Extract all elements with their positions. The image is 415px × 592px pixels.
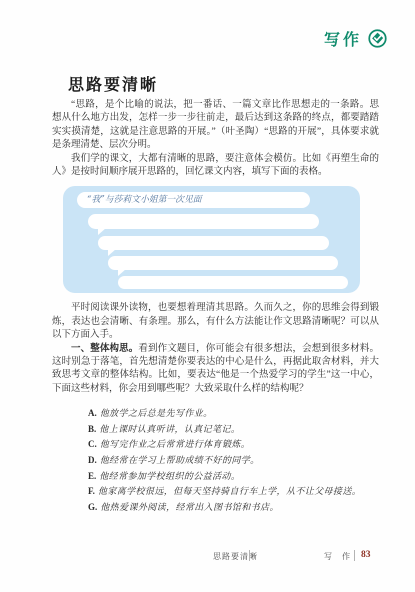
writing-unit-icon bbox=[368, 29, 387, 48]
paragraph-reading-practice: 平时阅读课外读物，也要想着理清其思路。久而久之，你的思维会得到锻炼，表达也会清晰… bbox=[52, 302, 379, 342]
material-list: A.他放学之后总是先写作业。 B.他上课时认真听讲，认真记笔记。 C.他写完作业… bbox=[88, 406, 379, 515]
item-label: B. bbox=[88, 424, 96, 434]
item-text: 他经常参加学校组织的公益活动。 bbox=[99, 472, 240, 482]
item-text: 他写完作业之后常常进行体育锻炼。 bbox=[100, 440, 250, 450]
list-item: B.他上课时认真听讲，认真记笔记。 bbox=[88, 422, 379, 438]
list-item: F.他家离学校很远，但每天坚持骑自行车上学，从不让父母接送。 bbox=[88, 484, 379, 500]
unit-badge: 写作 bbox=[324, 27, 387, 50]
item-label: G. bbox=[88, 502, 97, 512]
unit-label: 写作 bbox=[324, 27, 362, 50]
paragraph-section-one: 一、整体构思。看到作文题目，你可能会有很多想法，会想到很多材料。这时别急于落笔，… bbox=[52, 343, 379, 397]
footer-divider bbox=[249, 550, 250, 561]
footer-divider bbox=[354, 550, 355, 561]
list-item: D.他经常在学习上帮助成绩不好的同学。 bbox=[88, 453, 379, 469]
item-text: 他放学之后总是先写作业。 bbox=[100, 409, 213, 419]
item-text: 他经常在学习上帮助成绩不好的同学。 bbox=[100, 456, 260, 466]
page-number: 83 bbox=[361, 550, 371, 560]
list-item: C.他写完作业之后常常进行体育锻炼。 bbox=[88, 437, 379, 453]
item-text: 他家离学校很远，但每天坚持骑自行车上学，从不让父母接送。 bbox=[98, 487, 361, 497]
empty-answer-bubble bbox=[118, 276, 348, 289]
empty-answer-bubble bbox=[98, 236, 329, 250]
chat-diagram-panel: “我”与莎莉文小姐第一次见面 bbox=[63, 186, 360, 293]
footer-lesson-title: 思路要清晰 bbox=[213, 551, 258, 562]
item-text: 他上课时认真听讲，认真记笔记。 bbox=[99, 425, 240, 435]
list-item: G.他热爱课外阅读，经常出入图书馆和书店。 bbox=[88, 500, 379, 516]
footer-unit-label: 写 作 bbox=[324, 551, 354, 562]
item-label: E. bbox=[88, 471, 96, 481]
section-one-heading: 一、整体构思。 bbox=[71, 344, 138, 354]
page-footer: 思路要清晰 写 作 83 bbox=[0, 551, 415, 565]
empty-answer-bubble bbox=[108, 256, 338, 270]
item-label: C. bbox=[88, 439, 97, 449]
item-label: F. bbox=[88, 486, 95, 496]
empty-answer-bubble bbox=[88, 214, 319, 229]
page-title: 思路要清晰 bbox=[68, 72, 158, 95]
list-item: E.他经常参加学校组织的公益活动。 bbox=[88, 469, 379, 485]
paragraph-course-example: 我们学的课文，大都有清晰的思路，要注意体会模仿。比如《再塑生命的人》是按时间顺序… bbox=[52, 153, 379, 180]
paragraph-quote-yeshengtao: “思路，是个比喻的说法，把一番话、一篇文章比作思想走的一条路。思想从什么地方出发… bbox=[52, 99, 379, 153]
diagram-title-bubble: “我”与莎莉文小姐第一次见面 bbox=[77, 192, 310, 208]
item-label: D. bbox=[88, 455, 97, 465]
item-label: A. bbox=[88, 408, 97, 418]
item-text: 他热爱课外阅读，经常出入图书馆和书店。 bbox=[100, 503, 279, 513]
list-item: A.他放学之后总是先写作业。 bbox=[88, 406, 379, 422]
lesson-body: “思路，是个比喻的说法，把一番话、一篇文章比作思想走的一条路。思想从什么地方出发… bbox=[52, 99, 379, 515]
